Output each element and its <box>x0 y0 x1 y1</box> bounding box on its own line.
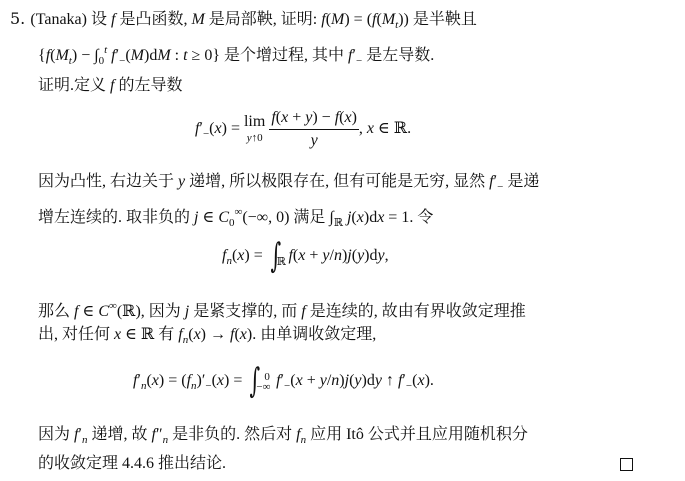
paragraph-1-line-1: 因为凸性, 右边关于 y 递增, 所以极限存在, 但有可能是无穷, 显然 f′−… <box>38 171 539 198</box>
problem-line-1: 5. (Tanaka) 设 f 是凸函数, M 是局部鞅, 证明: f(M) =… <box>10 8 477 36</box>
equation-left-derivative: f′−(x) = limy↑0 f(x + y) − f(x)y, x ∈ ℝ. <box>195 107 411 152</box>
paragraph-1-line-2: 增左连续的. 取非负的 j ∈ C0∞(−∞, 0) 满足 ∫ℝ j(x)dx … <box>38 201 433 234</box>
equation-fn-definition: fn(x) = ∫ℝ f(x + y/n)j(y)dy, <box>222 245 389 272</box>
paragraph-3-line-2: 的收敛定理 4.4.6 推出结论. <box>38 453 226 475</box>
qed-symbol <box>620 458 633 471</box>
paragraph-2-line-2: 出, 对任何 x ∈ ℝ 有 fn(x) → f(x). 由单调收敛定理, <box>38 324 376 351</box>
problem-number: 5. <box>10 9 25 28</box>
paragraph-3-line-1: 因为 f′n 递增, 故 f″n 是非负的. 然后对 fn 应用 Itô 公式并… <box>38 424 528 451</box>
proof-intro: 证明.定义 f 的左导数 <box>38 75 182 97</box>
equation-fn-derivative: f′n(x) = (fn)′−(x) = ∫0−∞ f′−(x + y/n)j(… <box>133 370 434 397</box>
paragraph-2-line-1: 那么 f ∈ C∞(ℝ), 因为 j 是紧支撑的, 而 f 是连续的, 故由有界… <box>38 295 526 323</box>
problem-line-2: {f(Mt) − ∫0t f′−(M)dM : t ≥ 0} 是个增过程, 其中… <box>38 39 434 72</box>
